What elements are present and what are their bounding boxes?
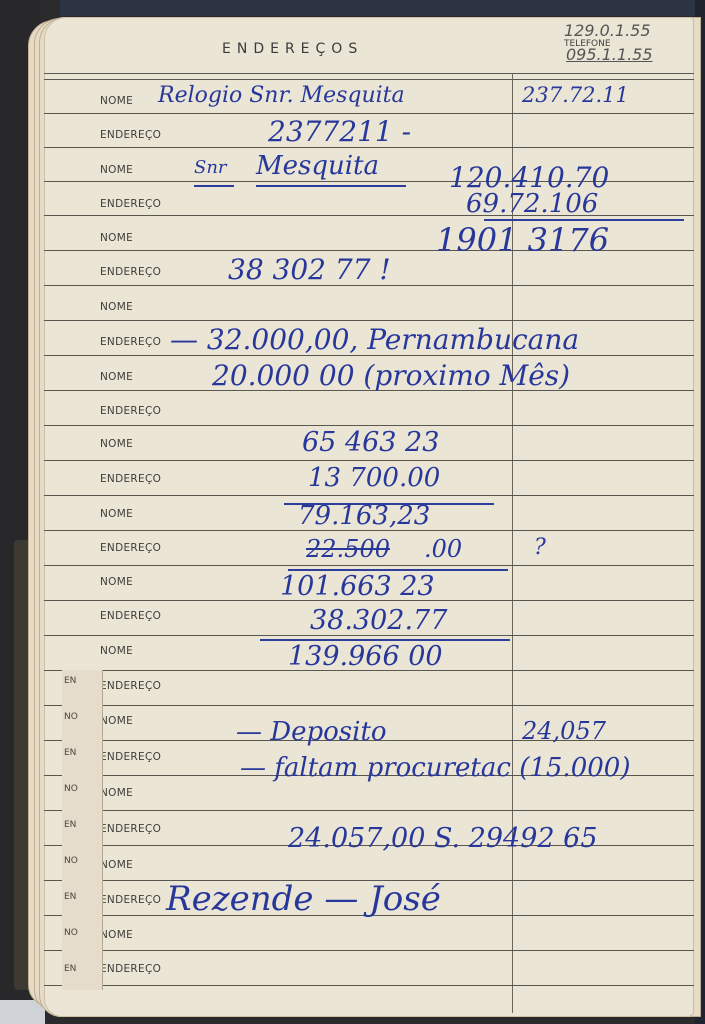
page-title: ENDEREÇOS (222, 41, 363, 57)
row-label-nome: NOME (100, 95, 133, 107)
row-label-endereco: ENDEREÇO (100, 473, 161, 485)
tab-label: NO (64, 712, 78, 722)
row-label-nome: NOME (100, 787, 133, 799)
row-rule (44, 705, 694, 706)
tab-label: NO (64, 856, 78, 866)
row-rule (44, 810, 694, 811)
row-label-endereco: ENDEREÇO (100, 963, 161, 975)
row-label-endereco: ENDEREÇO (100, 823, 161, 835)
handwritten-date-top: 129.0.1.55 (564, 21, 651, 40)
row-rule (44, 113, 694, 114)
row-label-nome: NOME (100, 232, 133, 244)
handwritten-mesquita: Mesquita (256, 151, 379, 181)
handwritten-calc-7: 139.966 00 (288, 641, 443, 672)
tab-label: EN (64, 892, 76, 902)
handwritten-proximo-mes: 20.000 00 (proximo Mês) (212, 359, 570, 392)
address-book-page: ENDEREÇOS 129.0.1.55 TELEFONE 095.1.1.55… (44, 17, 694, 1017)
header-rule-top (44, 73, 694, 74)
handwritten-pernambucana: — 32.000,00, Pernambucana (170, 323, 579, 356)
row-label-endereco: ENDEREÇO (100, 266, 161, 278)
handwritten-calc-4-struck: 22.500 (306, 535, 390, 563)
handwritten-calc-2: 13 700.00 (308, 463, 440, 493)
tab-label: EN (64, 748, 76, 758)
underlying-page-tabs: EN NO EN NO EN NO EN NO EN (62, 670, 103, 990)
handwritten-phone-number: 237.72.11 (522, 83, 629, 107)
row-label-endereco: ENDEREÇO (100, 610, 161, 622)
row-rule (44, 425, 694, 426)
row-label-nome: NOME (100, 645, 133, 657)
row-label-endereco: ENDEREÇO (100, 336, 161, 348)
row-label-endereco: ENDEREÇO (100, 405, 161, 417)
row-label-endereco: ENDEREÇO (100, 198, 161, 210)
row-rule (44, 320, 694, 321)
row-label-endereco: ENDEREÇO (100, 129, 161, 141)
handwritten-number: 2377211 - (268, 115, 411, 148)
underline (256, 185, 406, 187)
handwritten-calc-5: 101.663 23 (280, 571, 435, 602)
row-label-nome: NOME (100, 371, 133, 383)
tab-label: EN (64, 820, 76, 830)
row-rule (44, 460, 694, 461)
tab-label: EN (64, 964, 76, 974)
tab-label: EN (64, 676, 76, 686)
handwritten-calc-4-tail: .00 (424, 535, 462, 563)
handwritten-snr: Snr (194, 157, 227, 178)
row-label-endereco: ENDEREÇO (100, 751, 161, 763)
row-label-nome: NOME (100, 508, 133, 520)
row-rule (44, 950, 694, 951)
handwritten-deposito-value: 24,057 (522, 717, 606, 745)
row-rule (44, 565, 694, 566)
row-label-nome: NOME (100, 715, 133, 727)
handwritten-calc-3: 79.163,23 (298, 501, 430, 531)
handwritten-signature: Rezende — José (166, 879, 441, 919)
handwritten-date-bottom: 095.1.1.55 (566, 45, 653, 64)
notebook-cover-top (60, 0, 705, 16)
row-label-nome: NOME (100, 301, 133, 313)
tab-label: NO (64, 784, 78, 794)
row-rule (44, 985, 694, 986)
row-label-nome: NOME (100, 576, 133, 588)
handwritten-deposito: — Deposito (236, 717, 387, 747)
handwritten-calc-6: 38.302.77 (310, 605, 447, 636)
row-label-nome: NOME (100, 164, 133, 176)
handwritten-calc-1: 65 463 23 (302, 427, 439, 458)
handwritten-sum-b: 69.72.106 (466, 189, 598, 219)
header-rule-bottom (44, 79, 694, 80)
handwritten-final-line: 24.057,00 S. 29492 65 (288, 823, 598, 854)
row-label-endereco: ENDEREÇO (100, 680, 161, 692)
row-label-nome: NOME (100, 929, 133, 941)
tab-label: NO (64, 928, 78, 938)
handwritten-question-mark: ? (534, 535, 546, 560)
row-label-endereco: ENDEREÇO (100, 542, 161, 554)
row-label-nome: NOME (100, 859, 133, 871)
row-label-endereco: ENDEREÇO (100, 894, 161, 906)
handwritten-38302: 38 302 77 ! (228, 253, 391, 286)
underline (194, 185, 234, 187)
handwritten-relogio-mesquita: Relogio Snr. Mesquita (158, 83, 405, 108)
handwritten-faltam: — faltam procuretac (15.000) (240, 753, 630, 783)
row-rule (44, 495, 694, 496)
row-label-nome: NOME (100, 438, 133, 450)
handwritten-sum-total: 1901 3176 (436, 221, 609, 259)
